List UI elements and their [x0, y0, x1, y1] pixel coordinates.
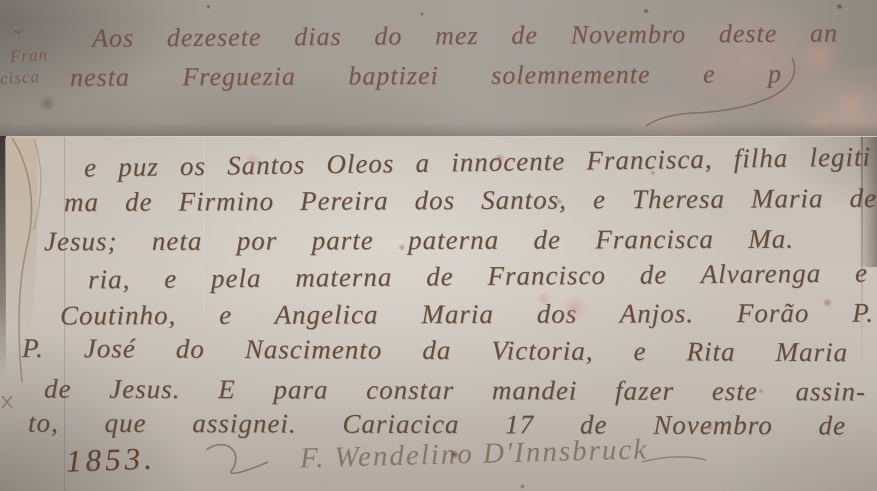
corner-ink-mark: ~ [11, 22, 23, 44]
paper-stain [86, 464, 94, 472]
paper-stain [242, 154, 264, 165]
manuscript-line-9: de Jesus. E para constar mandei fazer es… [44, 375, 866, 408]
paper-stain [206, 4, 211, 9]
paper-stain [808, 112, 836, 130]
paper-stain [560, 296, 590, 320]
paper-stain [450, 450, 459, 459]
paper-stain [556, 198, 563, 205]
document-photo: ~ Fran cisca Aos dezesete dias do mez de… [0, 0, 877, 491]
photo-segment-top: ~ Fran cisca Aos dezesete dias do mez de… [0, 0, 877, 136]
paper-stain [520, 484, 525, 489]
manuscript-line-7: Coutinho, e Angelica Maria dos Anjos. Fo… [60, 299, 874, 332]
paper-stain [796, 40, 842, 74]
manuscript-line-5: Jesus; neta por parte paterna de Francis… [44, 225, 794, 257]
paper-stain [536, 292, 552, 306]
manuscript-line-1: Aos dezesete dias do mez de Novembro des… [92, 19, 838, 53]
paper-stain [398, 244, 406, 251]
manuscript-line-8: P. José do Nascimento da Victoria, e Rit… [22, 334, 848, 368]
margin-note-line-2: cisca [0, 67, 41, 90]
paper-stain [758, 388, 764, 394]
paper-stain [494, 154, 505, 163]
paper-stain [36, 96, 58, 110]
paper-stain [650, 170, 656, 176]
paper-stain [706, 424, 714, 431]
manuscript-line-4: ma de Firmino Pereira dos Santos, e Ther… [64, 184, 877, 218]
paper-stain [643, 8, 649, 14]
paper-stain [836, 3, 843, 10]
manuscript-line-10: to, que assignei. Cariacica 17 de Novemb… [28, 409, 846, 442]
manuscript-line-2: nesta Freguezia baptizei solemnemente e … [70, 60, 782, 92]
paper-stain [834, 88, 868, 116]
year-1853: 1853. [65, 440, 156, 479]
paper-stain [320, 480, 330, 488]
paper-stain [822, 298, 833, 307]
paper-stain [420, 12, 424, 16]
margin-note-line-1: Fran [10, 45, 49, 67]
